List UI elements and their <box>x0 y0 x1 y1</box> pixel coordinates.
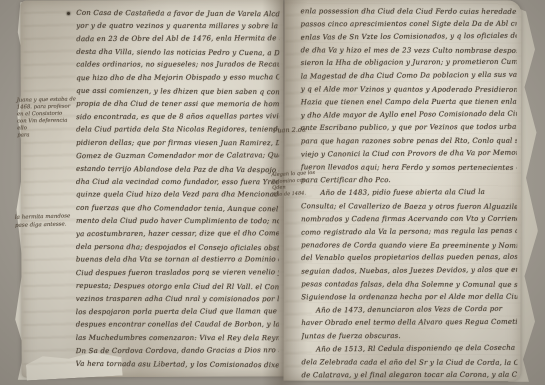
text-line: Con Casa de Castañeda a favor de Juan de… <box>76 7 279 21</box>
text-line: enla possession dha Ciud dela Ciud Ferdo… <box>301 5 517 19</box>
text-line: mento dela Ciud pudo haver Cumplimiento … <box>76 215 279 228</box>
text-line: Dn Sa de Cordova Cordova, dando Gracias … <box>76 344 279 358</box>
text-line: sido encontrada, es que de 8 años aquell… <box>76 110 279 124</box>
text-line: propia de dha Ciud de tener assi que mem… <box>76 98 279 111</box>
text-line: estando terrijo Ablandose dela Paz de dh… <box>76 163 279 177</box>
text-line: dha Ciud ala vecindad como fundador, ess… <box>76 176 279 189</box>
text-line: fueron llevados aqui; hera Ferdo y somos… <box>301 161 517 175</box>
text-line: Ciud despues fueron traslados porq se vi… <box>76 266 279 280</box>
right-page-text-block: enla possession dha Ciud dela Ciud Ferdo… <box>301 5 518 383</box>
text-line: caldes ordinarios, no sigueseles; nos Ju… <box>76 58 279 71</box>
text-line: despues encontrar conellas del Caudal de… <box>76 318 279 331</box>
text-line: que hizo dho de dha Mejorin Obispado y e… <box>76 71 279 85</box>
wormhole-speck <box>67 12 70 15</box>
text-line: seguian dados, Nuebas, alos Juezes Devid… <box>301 264 517 279</box>
text-line: buenas dela dha Vta se tornan al destier… <box>76 253 279 266</box>
text-line: sieron la Hha de obligacion y Juraron; y… <box>301 56 517 70</box>
right-margin-note: Alegan lo que los Palomino con Qden Año … <box>271 170 316 198</box>
left-margin-note: la hermita mandose pase diga antesse. <box>15 213 79 230</box>
text-line: pidieron dellas; que por firmas viesen J… <box>76 137 279 150</box>
text-line: enlas Vas de Sn Vzte los Comisionados, y… <box>301 30 517 45</box>
text-line: pesas contadas falsas, dela dha Solemne … <box>301 278 517 292</box>
text-line: haver Obrado enel termo della Alvaro que… <box>301 316 517 330</box>
text-line: las Muchedumbres comenzaron: Viva el Rey… <box>76 332 279 345</box>
text-line: Año de 1513, Rl Cedula disponiendo qe de… <box>301 342 517 357</box>
text-line: Va hera tornada asu Libertad, y los Comi… <box>76 358 279 372</box>
text-line: la Magestad de dha Ciud Como Da poblacio… <box>301 69 517 84</box>
text-line: Año de 1483, pidio fuese abierta ala Ciu… <box>301 186 517 200</box>
text-line: yor y de quatro vezinos y quarenta milla… <box>76 20 279 33</box>
manuscript-spread-photo: Con Casa de Castañeda a favor de Juan de… <box>0 0 545 385</box>
text-line: Gomez de Guzman Comendador mor de Calatr… <box>76 149 279 163</box>
text-line: los despojaron porla puerta dela Ciud qu… <box>76 305 279 319</box>
text-line: y q el Alde mor Vzinos y quantos y Apode… <box>301 83 517 97</box>
text-line: viejo y Canonici la Ciud con Provors de … <box>301 147 517 162</box>
text-line: Consulta; el Cavallerizo de Baeza y otro… <box>301 200 517 214</box>
text-line: del Venablo quelos propietarios dellas p… <box>301 251 517 265</box>
text-line: dela Ciud partida dela Sta Nicolas Regid… <box>76 123 279 136</box>
text-line: con fuerzas que dho Comendador tenia, Au… <box>76 202 279 216</box>
text-line: ante Escribano publico, y que por Vezino… <box>301 121 517 135</box>
text-line: vezinos trasparen adha Ciud nral y comis… <box>76 293 279 306</box>
text-line: dela Zelebrada cada el año del Sr y la C… <box>301 356 517 370</box>
text-line: repuesta; Despues otorgo enla Ciud del R… <box>76 280 279 294</box>
text-line: que assi comienzen, y les dhizen que bie… <box>76 85 279 99</box>
text-line: dada en 23 de Obre del Abl de 1476, enla… <box>76 32 279 46</box>
text-line: como registrado ala Va la persona; mas r… <box>301 225 517 240</box>
text-line: ya acostumbraren, hazer cessar, dize que… <box>76 227 279 241</box>
text-line: de Calatrava, y el final alegaron tocar … <box>301 369 517 383</box>
left-margin-note: Juana y que estaba de 1468. para profeso… <box>17 96 78 139</box>
left-page-text-block: Con Casa de Castañeda a favor de Juan de… <box>76 7 280 371</box>
text-line: quinze quela Ciud hizo dela Vezd para dh… <box>76 188 279 201</box>
right-margin-page-number-note: Puan 2.da <box>273 125 307 134</box>
